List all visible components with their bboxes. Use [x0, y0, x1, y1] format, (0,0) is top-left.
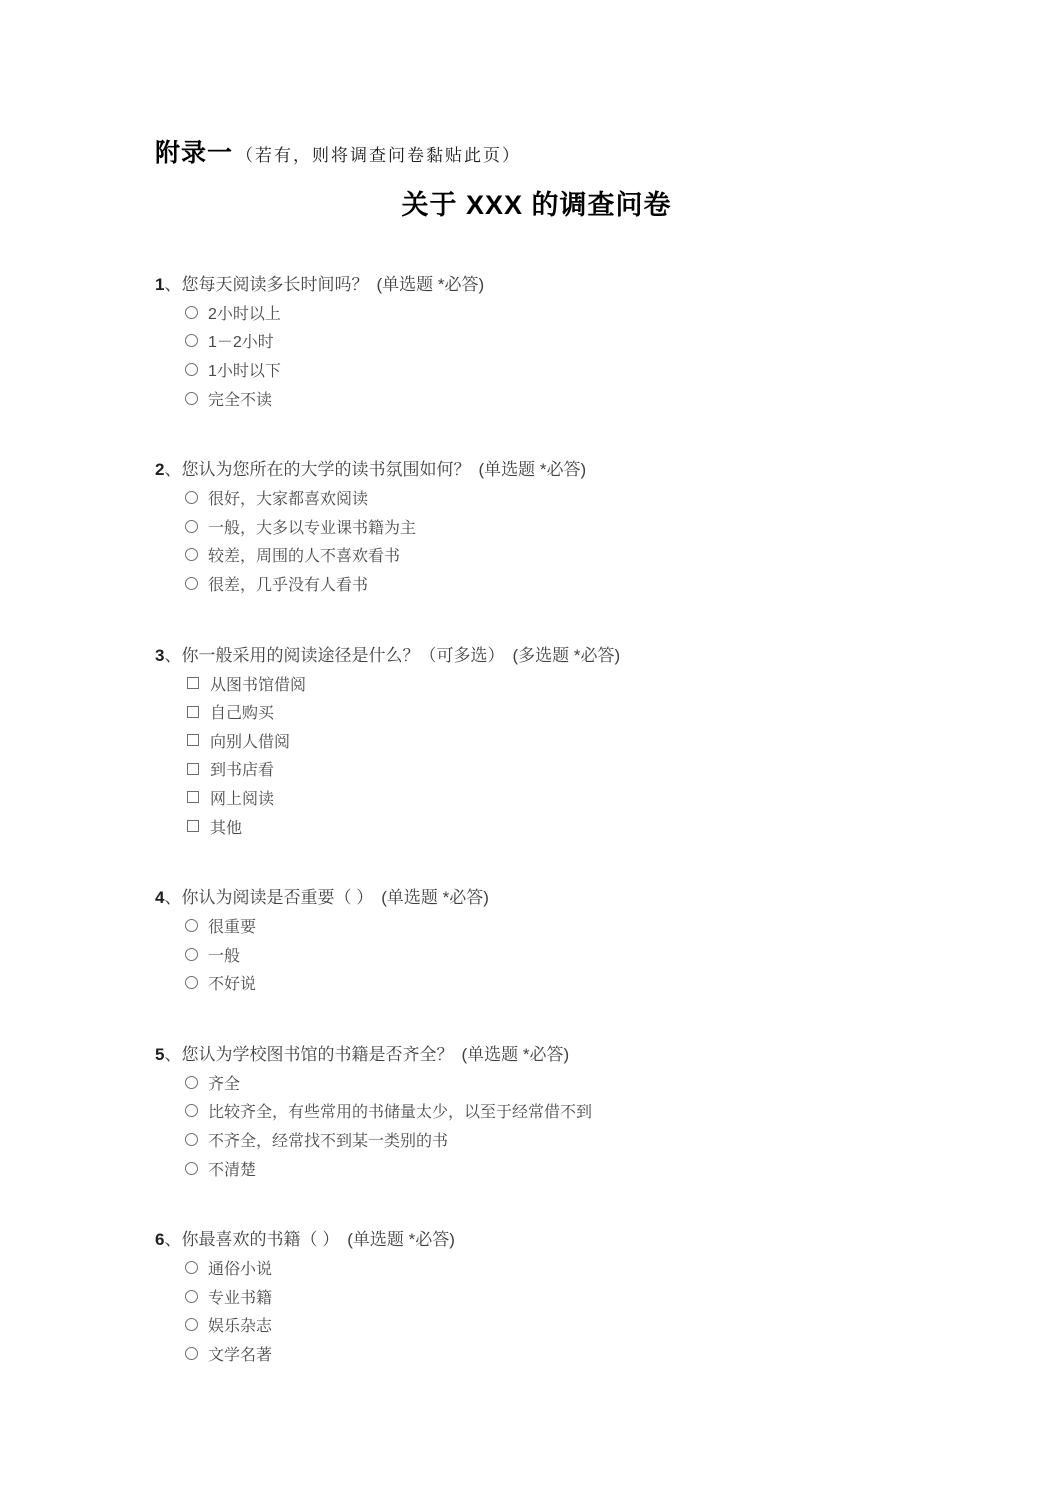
radio-icon[interactable]	[185, 1162, 198, 1175]
option-list: 通俗小说专业书籍娱乐杂志文学名著	[155, 1253, 918, 1367]
question-meta: (单选题 *必答)	[376, 275, 484, 294]
option-row[interactable]: 很好，大家都喜欢阅读	[155, 483, 918, 512]
option-row[interactable]: 娱乐杂志	[155, 1311, 918, 1340]
question-meta: (单选题 *必答)	[461, 1045, 569, 1064]
option-list: 很重要一般不好说	[155, 911, 918, 997]
option-row[interactable]: 完全不读	[155, 384, 918, 413]
option-label: 一般，大多以专业课书籍为主	[208, 515, 416, 538]
option-row[interactable]: 齐全	[155, 1068, 918, 1097]
option-row[interactable]: 专业书籍	[155, 1282, 918, 1311]
radio-icon[interactable]	[185, 334, 198, 347]
appendix-heading: 附录一（若有，则将调查问卷黏贴此页）	[155, 138, 918, 172]
option-row[interactable]: 其他	[155, 812, 918, 841]
radio-icon[interactable]	[185, 1261, 198, 1274]
radio-icon[interactable]	[185, 1133, 198, 1146]
radio-icon[interactable]	[185, 1290, 198, 1303]
question-label: 您认为学校图书馆的书籍是否齐全？	[181, 1045, 453, 1064]
option-row[interactable]: 自己购买	[155, 697, 918, 726]
question-title: 2、您认为您所在的大学的读书氛围如何？(单选题 *必答)	[155, 459, 918, 481]
option-list: 很好，大家都喜欢阅读一般，大多以专业课书籍为主较差，周围的人不喜欢看书很差，几乎…	[155, 483, 918, 597]
document-page: 附录一（若有，则将调查问卷黏贴此页） 关于 XXX 的调查问卷 1、您每天阅读多…	[0, 0, 1058, 1497]
option-label: 自己购买	[210, 700, 274, 723]
option-label: 文学名著	[208, 1342, 272, 1365]
radio-icon[interactable]	[185, 577, 198, 590]
option-row[interactable]: 文学名著	[155, 1339, 918, 1368]
option-label: 比较齐全，有些常用的书储量太少，以至于经常借不到	[208, 1099, 592, 1122]
question-title: 1、您每天阅读多长时间吗？(单选题 *必答)	[155, 274, 918, 296]
radio-icon[interactable]	[185, 948, 198, 961]
question-meta: (多选题 *必答)	[512, 646, 620, 665]
option-label: 专业书籍	[208, 1285, 272, 1308]
question-separator: 、	[164, 646, 181, 665]
option-row[interactable]: 从图书馆借阅	[155, 669, 918, 698]
option-label: 较差，周围的人不喜欢看书	[208, 543, 400, 566]
option-row[interactable]: 1－2小时	[155, 327, 918, 356]
question-title: 3、你一般采用的阅读途径是什么？（可多选）(多选题 *必答)	[155, 645, 918, 667]
question-block-5: 5、您认为学校图书馆的书籍是否齐全？(单选题 *必答)齐全比较齐全，有些常用的书…	[155, 1044, 918, 1182]
radio-icon[interactable]	[185, 392, 198, 405]
option-list: 齐全比较齐全，有些常用的书储量太少，以至于经常借不到不齐全，经常找不到某一类别的…	[155, 1068, 918, 1182]
question-block-4: 4、你认为阅读是否重要（ ）(单选题 *必答)很重要一般不好说	[155, 887, 918, 997]
option-row[interactable]: 一般	[155, 940, 918, 969]
option-row[interactable]: 较差，周围的人不喜欢看书	[155, 541, 918, 570]
option-row[interactable]: 不清楚	[155, 1154, 918, 1183]
option-label: 不齐全，经常找不到某一类别的书	[208, 1128, 448, 1151]
option-row[interactable]: 向别人借阅	[155, 726, 918, 755]
checkbox-icon[interactable]	[187, 734, 199, 746]
radio-icon[interactable]	[185, 306, 198, 319]
option-label: 网上阅读	[210, 786, 274, 809]
radio-icon[interactable]	[185, 1104, 198, 1117]
question-block-2: 2、您认为您所在的大学的读书氛围如何？(单选题 *必答)很好，大家都喜欢阅读一般…	[155, 459, 918, 597]
question-block-6: 6、你最喜欢的书籍（ ）(单选题 *必答)通俗小说专业书籍娱乐杂志文学名著	[155, 1229, 918, 1367]
question-block-1: 1、您每天阅读多长时间吗？(单选题 *必答)2小时以上1－2小时1小时以下完全不…	[155, 274, 918, 412]
question-meta: (单选题 *必答)	[478, 460, 586, 479]
question-title: 6、你最喜欢的书籍（ ）(单选题 *必答)	[155, 1229, 918, 1251]
question-title: 5、您认为学校图书馆的书籍是否齐全？(单选题 *必答)	[155, 1044, 918, 1066]
option-row[interactable]: 通俗小说	[155, 1253, 918, 1282]
checkbox-icon[interactable]	[187, 706, 199, 718]
option-row[interactable]: 比较齐全，有些常用的书储量太少，以至于经常借不到	[155, 1097, 918, 1126]
option-label: 其他	[210, 815, 242, 838]
appendix-note: （若有，则将调查问卷黏贴此页）	[236, 146, 521, 166]
question-meta: (单选题 *必答)	[381, 888, 489, 907]
radio-icon[interactable]	[185, 363, 198, 376]
question-separator: 、	[164, 1230, 181, 1249]
question-label: 你一般采用的阅读途径是什么？（可多选）	[181, 646, 504, 665]
checkbox-icon[interactable]	[187, 677, 199, 689]
option-label: 齐全	[208, 1071, 240, 1094]
option-label: 娱乐杂志	[208, 1313, 272, 1336]
question-separator: 、	[164, 1045, 181, 1064]
question-list: 1、您每天阅读多长时间吗？(单选题 *必答)2小时以上1－2小时1小时以下完全不…	[155, 274, 918, 1368]
question-separator: 、	[164, 888, 181, 907]
option-row[interactable]: 2小时以上	[155, 298, 918, 327]
option-row[interactable]: 很差，几乎没有人看书	[155, 569, 918, 598]
option-list: 从图书馆借阅自己购买向别人借阅到书店看网上阅读其他	[155, 669, 918, 841]
option-row[interactable]: 很重要	[155, 911, 918, 940]
option-label: 从图书馆借阅	[210, 672, 306, 695]
option-label: 不清楚	[208, 1157, 256, 1180]
option-label: 不好说	[208, 971, 256, 994]
radio-icon[interactable]	[185, 548, 198, 561]
option-label: 一般	[208, 943, 240, 966]
radio-icon[interactable]	[185, 491, 198, 504]
option-label: 通俗小说	[208, 1256, 272, 1279]
radio-icon[interactable]	[185, 1347, 198, 1360]
checkbox-icon[interactable]	[187, 820, 199, 832]
question-title: 4、你认为阅读是否重要（ ）(单选题 *必答)	[155, 887, 918, 909]
radio-icon[interactable]	[185, 1076, 198, 1089]
option-label: 2小时以上	[208, 301, 281, 324]
option-row[interactable]: 不齐全，经常找不到某一类别的书	[155, 1125, 918, 1154]
checkbox-icon[interactable]	[187, 763, 199, 775]
question-block-3: 3、你一般采用的阅读途径是什么？（可多选）(多选题 *必答)从图书馆借阅自己购买…	[155, 645, 918, 841]
option-label: 到书店看	[210, 757, 274, 780]
option-row[interactable]: 不好说	[155, 969, 918, 998]
option-label: 1小时以下	[208, 358, 281, 381]
checkbox-icon[interactable]	[187, 791, 199, 803]
question-label: 你最喜欢的书籍（ ）	[181, 1230, 339, 1249]
option-label: 完全不读	[208, 387, 272, 410]
option-row[interactable]: 一般，大多以专业课书籍为主	[155, 512, 918, 541]
questionnaire-title: 关于 XXX 的调查问卷	[155, 188, 918, 222]
option-label: 很差，几乎没有人看书	[208, 572, 368, 595]
question-label: 您每天阅读多长时间吗？	[181, 275, 368, 294]
question-meta: (单选题 *必答)	[347, 1230, 455, 1249]
question-label: 你认为阅读是否重要（ ）	[181, 888, 373, 907]
option-label: 向别人借阅	[210, 729, 290, 752]
question-label: 您认为您所在的大学的读书氛围如何？	[181, 460, 470, 479]
option-label: 很重要	[208, 914, 256, 937]
option-row[interactable]: 到书店看	[155, 755, 918, 784]
option-row[interactable]: 1小时以下	[155, 355, 918, 384]
radio-icon[interactable]	[185, 1318, 198, 1331]
radio-icon[interactable]	[185, 520, 198, 533]
appendix-title: 附录一	[155, 139, 233, 167]
radio-icon[interactable]	[185, 919, 198, 932]
question-separator: 、	[164, 460, 181, 479]
option-row[interactable]: 网上阅读	[155, 783, 918, 812]
option-label: 很好，大家都喜欢阅读	[208, 486, 368, 509]
question-separator: 、	[164, 275, 181, 294]
radio-icon[interactable]	[185, 976, 198, 989]
option-list: 2小时以上1－2小时1小时以下完全不读	[155, 298, 918, 412]
option-label: 1－2小时	[208, 329, 274, 352]
